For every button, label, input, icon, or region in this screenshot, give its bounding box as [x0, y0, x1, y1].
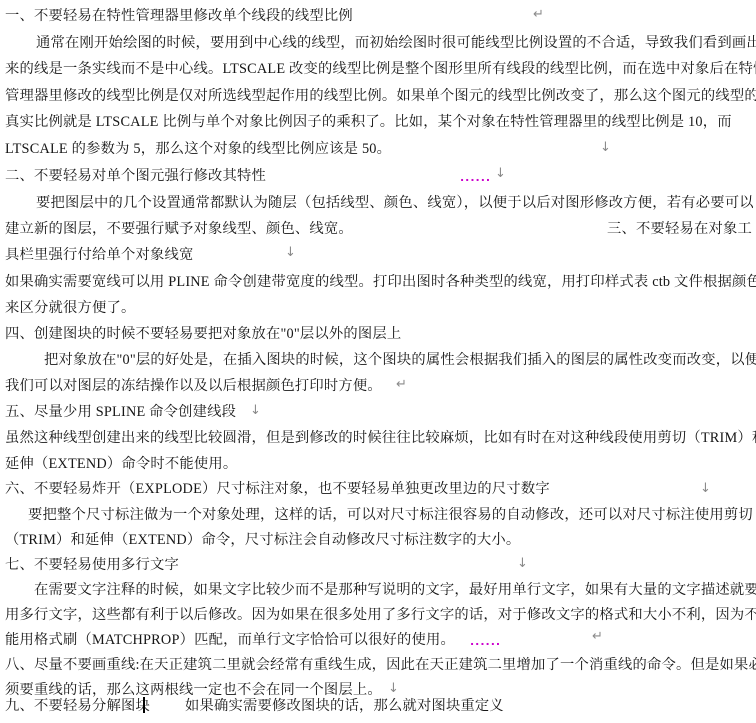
text-line[interactable]: 具栏里强行付给单个对象线宽: [5, 247, 193, 263]
text-line[interactable]: 须要重线的话，那么这两根线一定也不会在同一个图层上。: [5, 682, 382, 698]
text-cursor: [143, 697, 145, 713]
text-line[interactable]: 如果确实需要修改图块的话，那么就对图块重定义: [185, 698, 504, 714]
text-line[interactable]: （TRIM）和延伸（EXTEND）命令，尺寸标注会自动修改尺寸标注数字的大小。: [5, 532, 520, 548]
text-line[interactable]: 建立新的图层，不要强行赋予对象线型、颜色、线宽。: [5, 221, 353, 237]
text-line[interactable]: 虽然这种线型创建出来的线型比较圆滑，但是到修改的时候往往比较麻烦，比如有时在对这…: [5, 430, 756, 446]
text-line[interactable]: 真实比例就是 LTSCALE 比例与单个对象比例因子的乘积了。比如，某个对象在特…: [5, 114, 732, 130]
text-line[interactable]: 要把图层中的几个设置通常都默认为随层（包括线型、颜色、线宽），以便于以后对图形修…: [36, 195, 754, 211]
text-line[interactable]: 延伸（EXTEND）命令时不能使用。: [5, 456, 237, 472]
text-line[interactable]: 八、尽量不要画重线:在天正建筑二里就会经常有重线生成，因此在天正建筑二里增加了一…: [5, 657, 756, 673]
text-line[interactable]: 能用格式刷（MATCHPROP）匹配，而单行文字恰恰可以很好的使用。: [5, 632, 455, 648]
text-line[interactable]: 四、创建图块的时候不要轻易要把对象放在"0"层以外的图层上: [5, 326, 401, 342]
document-page[interactable]: 一、不要轻易在特性管理器里修改单个线段的线型比例通常在刚开始绘图的时候，要用到中…: [0, 0, 756, 723]
spelling-check-dots: ......: [470, 636, 501, 647]
text-line[interactable]: 七、不要轻易使用多行文字: [5, 557, 179, 573]
paragraph-return-mark-icon: ↵: [533, 8, 544, 22]
spelling-check-dots: ......: [460, 172, 491, 183]
text-line[interactable]: 二、不要轻易对单个图元强行修改其特性: [5, 168, 266, 184]
line-break-arrow-icon: ↓: [700, 482, 711, 496]
line-break-arrow-icon: ↓: [495, 167, 506, 181]
paragraph-return-mark-icon: ↵: [396, 378, 407, 392]
text-line[interactable]: 用多行文字，这些都有利于以后修改。因为如果在很多处用了多行文字的话，对于修改文字…: [5, 607, 756, 623]
text-line[interactable]: 通常在刚开始绘图的时候，要用到中心线的线型，而初始绘图时很可能线型比例设置的不合…: [36, 35, 756, 51]
line-break-arrow-icon: ↓: [600, 141, 611, 155]
text-line[interactable]: 六、不要轻易炸开（EXPLODE）尺寸标注对象，也不要轻易单独更改里边的尺寸数字: [5, 481, 550, 497]
line-break-arrow-icon: ↓: [517, 557, 528, 571]
line-break-arrow-icon: ↓: [388, 682, 399, 696]
text-line[interactable]: 三、不要轻易在对象工: [607, 221, 752, 237]
text-line[interactable]: 我们可以对图层的冻结操作以及以后根据颜色打印时方便。: [5, 378, 382, 394]
text-line[interactable]: 来区分就很方便了。: [5, 300, 135, 316]
text-line[interactable]: 五、尽量少用 SPLINE 命令创建线段: [5, 404, 236, 420]
text-line[interactable]: 要把整个尺寸标注做为一个对象处理，这样的话，可以对尺寸标注很容易的自动修改，还可…: [28, 507, 753, 523]
text-line[interactable]: 九、不要轻易分解图块: [5, 698, 150, 714]
text-line[interactable]: 在需要文字注释的时候，如果文字比较少而不是那种写说明的文字，最好用单行文字，如果…: [34, 582, 756, 598]
text-line[interactable]: 管理器里修改的线型比例是仅对所选线型起作用的线型比例。如果单个图元的线型比例改变…: [5, 88, 756, 104]
text-line[interactable]: 把对象放在"0"层的好处是，在插入图块的时候，这个图块的属性会根据我们插入的图层…: [44, 352, 756, 368]
paragraph-return-mark-icon: ↵: [592, 630, 603, 644]
text-line[interactable]: LTSCALE 的参数为 5，那么这个对象的线型比例应该是 50。: [5, 141, 391, 157]
line-break-arrow-icon: ↓: [285, 246, 296, 260]
text-line[interactable]: 来的线是一条实线而不是中心线。LTSCALE 改变的线型比例是整个图形里所有线段…: [5, 61, 756, 77]
text-line[interactable]: 一、不要轻易在特性管理器里修改单个线段的线型比例: [5, 8, 353, 24]
line-break-arrow-icon: ↓: [250, 404, 261, 418]
text-line[interactable]: 如果确实需要宽线可以用 PLINE 命令创建带宽度的线型。打印出图时各种类型的线…: [5, 274, 756, 290]
